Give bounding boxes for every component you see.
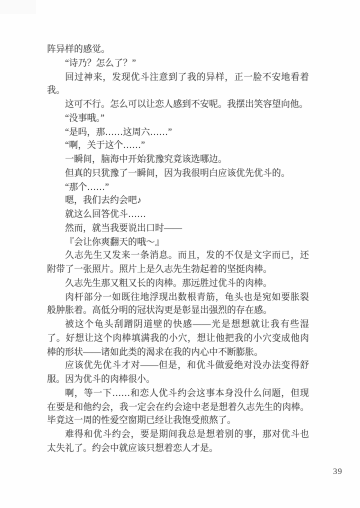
text-line: 久志先生又发来一条消息。而且，发的不仅是文字而已，还 xyxy=(47,249,309,263)
text-line: “那个……” xyxy=(47,181,309,195)
text-line: 然而，就当我要说出口时—— xyxy=(47,222,309,236)
text-line: 服。因为优斗的肉棒很小。 xyxy=(47,373,309,387)
text-line: 太失礼了。约会中就应该只想着恋人才是。 xyxy=(47,442,309,456)
text-line: 毕竟这一周的性爱空窗期已经让我饱受煎熬了。 xyxy=(47,414,309,428)
text-line: 但真的只犹豫了一瞬间，因为我很明白应该优先优斗的。 xyxy=(47,167,309,181)
text-block: 阵异样的感觉。“诗乃？怎么了？”回过神来，发现优斗注意到了我的异样，正一脸不安地… xyxy=(47,43,309,456)
text-line: “诗乃？怎么了？” xyxy=(47,57,309,71)
text-line: 在要是和他约会，我一定会在约会途中老是想着久志先生的肉棒。 xyxy=(47,401,309,415)
book-page: 阵异样的感觉。“诗乃？怎么了？”回过神来，发现优斗注意到了我的异样，正一脸不安地… xyxy=(0,0,360,508)
text-line: 『会让你爽翻天的哦～』 xyxy=(47,236,309,250)
text-line: 了。好想让这个肉棒填满我的小穴，想让他把我的小穴变成他肉 xyxy=(47,332,309,346)
text-line: 附带了一张照片。照片上是久志先生勃起着的坚挺肉棒。 xyxy=(47,263,309,277)
text-line: 久志先生那又粗又长的肉棒。那远胜过优斗的肉棒。 xyxy=(47,277,309,291)
text-line: 应该优先优斗才对——但是，和优斗做爱绝对没办法变得舒 xyxy=(47,359,309,373)
text-line: 就这么回答优斗…… xyxy=(47,208,309,222)
page-number: 39 xyxy=(333,466,343,476)
text-line: 啊，等一下……和恋人优斗约会这事本身没什么问题，但现 xyxy=(47,387,309,401)
text-line: “啊，关于这个……” xyxy=(47,139,309,153)
text-line: “是吗，那……这周六……” xyxy=(47,126,309,140)
text-line: 难得和优斗约会，要是期间我总是想着别的事，那对优斗也 xyxy=(47,428,309,442)
text-line: 这可不行。怎么可以让恋人感到不安呢。我摆出笑容望向他。 xyxy=(47,98,309,112)
text-line: 肉杆部分一如既往地浮现出数根青筋，龟头也是宛如要胀裂 xyxy=(47,291,309,305)
text-line: 嗯，我们去约会吧♪ xyxy=(47,194,309,208)
text-line: 阵异样的感觉。 xyxy=(47,43,309,57)
text-line: 回过神来，发现优斗注意到了我的异样，正一脸不安地看着 xyxy=(47,71,309,85)
text-line: 被这个龟头刮蹭阴道壁的快感——光是想想就让我有些湿 xyxy=(47,318,309,332)
text-line: 般肿胀着。高低分明的冠状沟更是彰显出强烈的存在感。 xyxy=(47,304,309,318)
text-line: “没事哦。” xyxy=(47,112,309,126)
text-line: 一瞬间，脑海中开始犹豫究竟该选哪边。 xyxy=(47,153,309,167)
text-line: 棒的形状——诸如此类的渴求在我的内心中不断膨胀。 xyxy=(47,346,309,360)
text-line: 我。 xyxy=(47,84,309,98)
scan-corner-artifact xyxy=(0,0,36,14)
